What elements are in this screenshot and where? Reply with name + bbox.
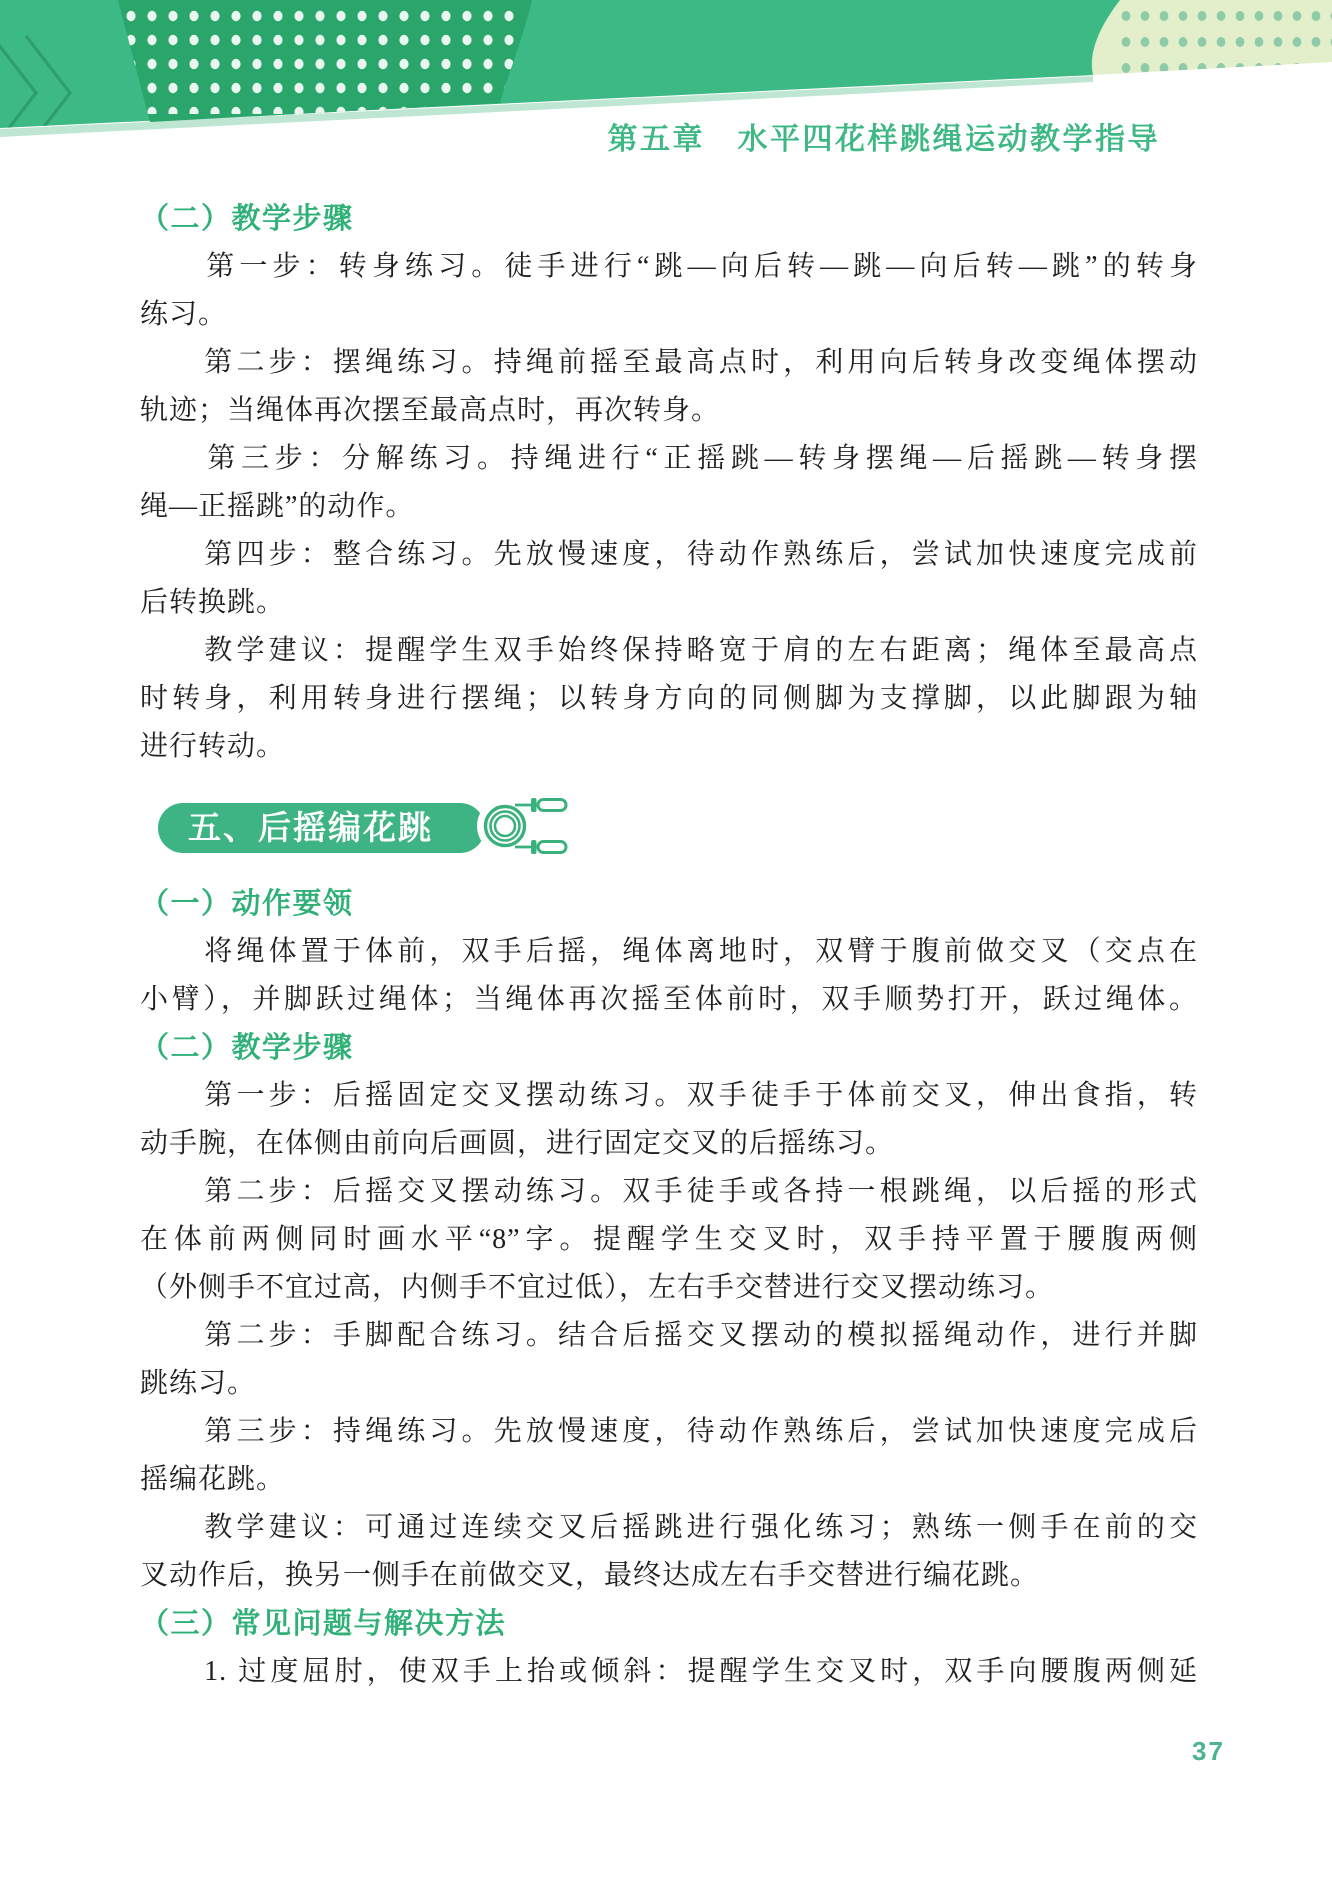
page-number: 37 <box>1192 1736 1252 1767</box>
page-content: （二）教学步骤 第一步：转身练习。徒手进行“跳—向后转—跳—向后转—跳”的转身 … <box>140 195 1198 1696</box>
text-line: 叉动作后，换另一侧手在前做交叉，最终达成左右手交替进行编花跳。 <box>140 1552 1198 1600</box>
text-line: 第三步：持绳练习。先放慢速度，待动作熟练后，尝试加快速度完成后 <box>140 1408 1198 1456</box>
text-line: 第四步：整合练习。先放慢速度，待动作熟练后，尝试加快速度完成前 <box>140 531 1198 579</box>
text-line: 第三步：分解练习。持绳进行“正摇跳—转身摆绳—后摇跳—转身摆 <box>140 435 1198 483</box>
text-line: 绳—正摇跳”的动作。 <box>140 483 1198 531</box>
text-line: 第二步：手脚配合练习。结合后摇交叉摆动的模拟摇绳动作，进行并脚 <box>140 1312 1198 1360</box>
text-line: 后转换跳。 <box>140 579 1198 627</box>
text-line: 在体前两侧同时画水平“8”字。提醒学生交叉时，双手持平置于腰腹两侧 <box>140 1216 1198 1264</box>
section-badge-label: 五、后摇编花跳 <box>188 803 433 853</box>
text-line: 第二步：摆绳练习。持绳前摇至最高点时，利用向后转身改变绳体摆动 <box>140 339 1198 387</box>
text-line: 第一步：转身练习。徒手进行“跳—向后转—跳—向后转—跳”的转身 <box>140 243 1198 291</box>
text-line: 教学建议：提醒学生双手始终保持略宽于肩的左右距离；绳体至最高点 <box>140 627 1198 675</box>
text-line: 第二步：后摇交叉摆动练习。双手徒手或各持一根跳绳，以后摇的形式 <box>140 1168 1198 1216</box>
section-heading-key-points: （一）动作要领 <box>140 880 1198 928</box>
section-badge-pill: 五、后摇编花跳 <box>158 803 485 853</box>
text-line: 1. 过度屈肘，使双手上抬或倾斜：提醒学生交叉时，双手向腰腹两侧延 <box>140 1648 1198 1696</box>
chapter-title: 第五章 水平四花样跳绳运动教学指导 <box>608 122 1161 156</box>
text-line: 跳练习。 <box>140 1360 1198 1408</box>
header-band: 第五章 水平四花样跳绳运动教学指导 <box>0 0 1332 175</box>
document-page: 第五章 水平四花样跳绳运动教学指导 （二）教学步骤 第一步：转身练习。徒手进行“… <box>0 0 1332 1885</box>
text-line: 动手腕，在体侧由前向后画圆，进行固定交叉的后摇练习。 <box>140 1120 1198 1168</box>
section-heading-teaching-steps: （二）教学步骤 <box>140 195 1198 243</box>
text-line: 小臂），并脚跃过绳体；当绳体再次摇至体前时，双手顺势打开，跃过绳体。 <box>140 976 1198 1024</box>
dots-panel-left <box>118 0 532 122</box>
text-line: 轨迹；当绳体再次摆至最高点时，再次转身。 <box>140 387 1198 435</box>
section-heading-teaching-steps-2: （二）教学步骤 <box>140 1024 1198 1072</box>
text-line: 将绳体置于体前，双手后摇，绳体离地时，双臂于腹前做交叉（交点在 <box>140 928 1198 976</box>
text-line: （外侧手不宜过高，内侧手不宜过低），左右手交替进行交叉摆动练习。 <box>140 1264 1198 1312</box>
section-heading-common-problems: （三）常见问题与解决方法 <box>140 1600 1198 1648</box>
text-line: 教学建议：可通过连续交叉后摇跳进行强化练习；熟练一侧手在前的交 <box>140 1504 1198 1552</box>
text-line: 摇编花跳。 <box>140 1456 1198 1504</box>
jump-rope-coil-icon <box>465 786 593 868</box>
text-line: 时转身，利用转身进行摆绳；以转身方向的同侧脚为支撑脚，以此脚跟为轴 <box>140 675 1198 723</box>
text-line: 进行转动。 <box>140 723 1198 771</box>
text-line: 练习。 <box>140 291 1198 339</box>
text-line: 第一步：后摇固定交叉摆动练习。双手徒手于体前交叉，伸出食指，转 <box>140 1072 1198 1120</box>
section-badge: 五、后摇编花跳 <box>158 803 485 853</box>
